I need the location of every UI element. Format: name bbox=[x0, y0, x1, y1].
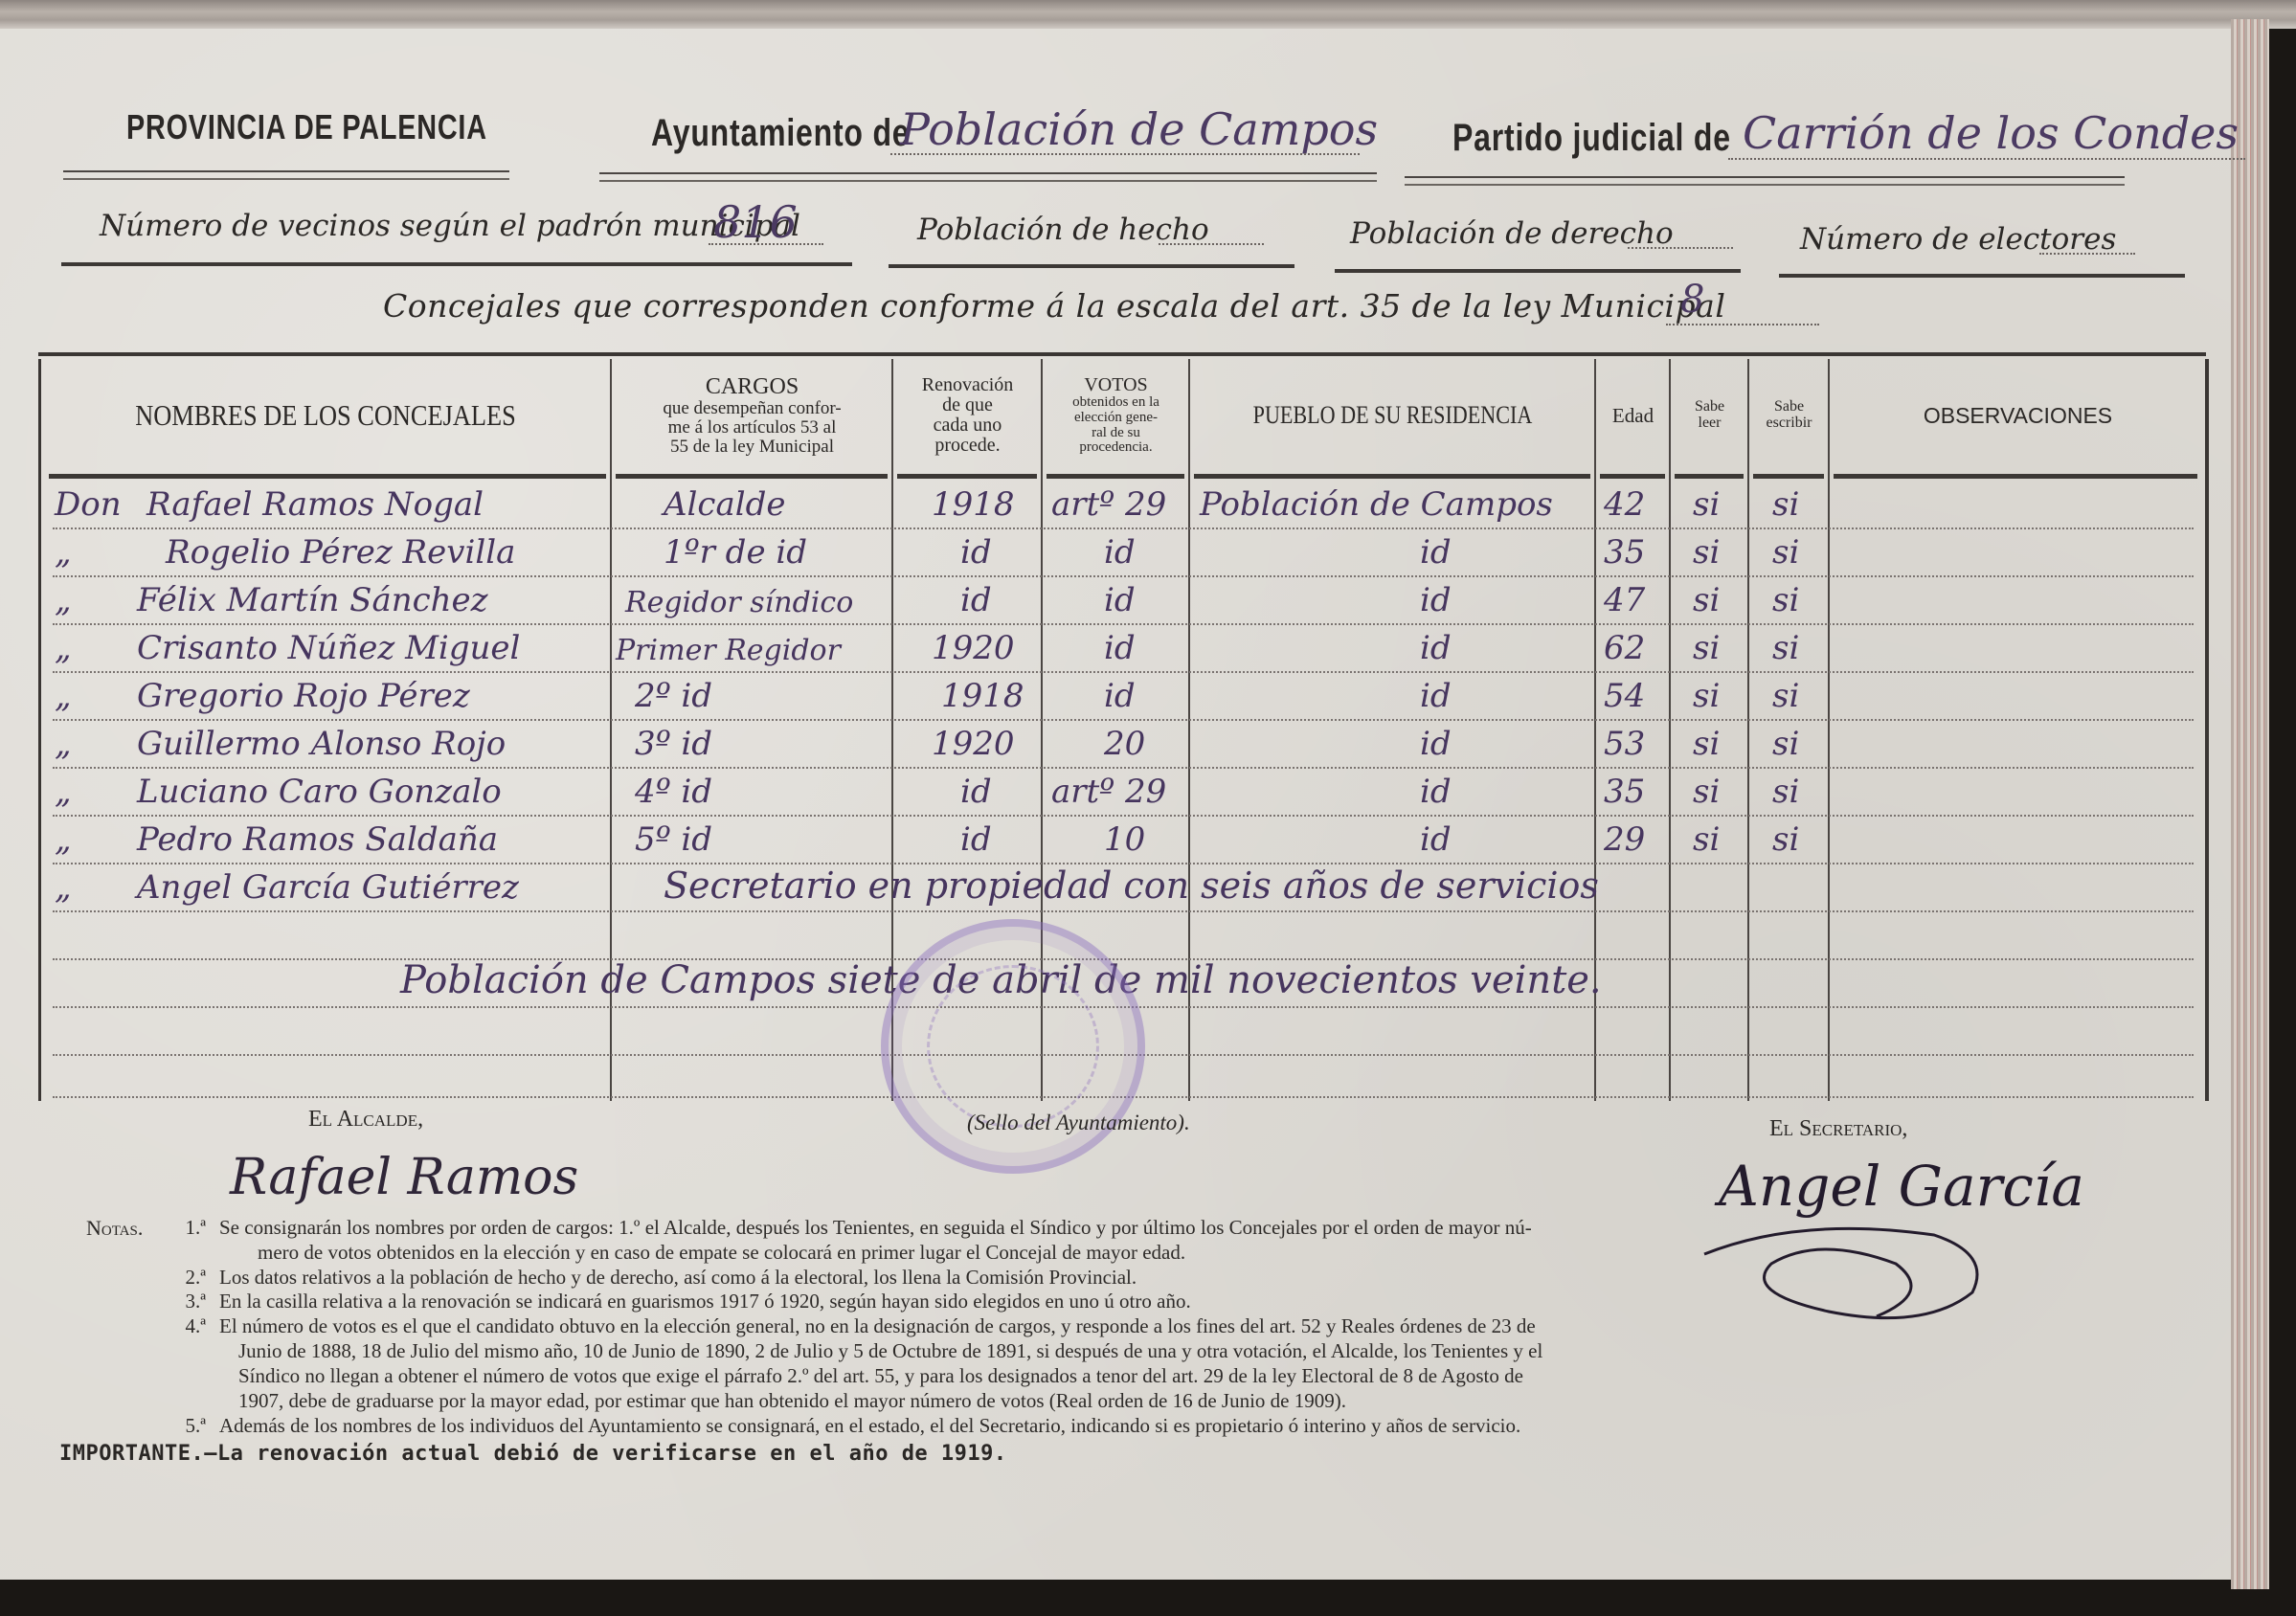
header-sabe-leer: Sabe leer bbox=[1672, 359, 1747, 472]
table-row: „ Rogelio Pérez Revilla 1ºr de id id id … bbox=[41, 529, 2205, 577]
note-item: 1.ªSe consignarán los nombres por orden … bbox=[153, 1216, 1542, 1241]
poblacion-derecho-label: Población de derecho bbox=[1350, 216, 1674, 251]
note-item: 5.ªAdemás de los nombres de los individu… bbox=[153, 1414, 1542, 1439]
councillor-name: Gregorio Rojo Pérez bbox=[137, 677, 470, 715]
partido-label: Partido judicial de bbox=[1452, 117, 1731, 160]
sello-label: (Sello del Ayuntamiento). bbox=[967, 1111, 1190, 1135]
councillor-name: Pedro Ramos Saldaña bbox=[137, 820, 498, 859]
table-row: Don Rafael Ramos Nogal Alcalde 1918 artº… bbox=[41, 482, 2205, 529]
alcalde-signature: Rafael Ramos bbox=[230, 1149, 578, 1206]
councillor-name: Guillermo Alonso Rojo bbox=[137, 725, 506, 763]
header-edad: Edad bbox=[1597, 359, 1669, 472]
table-row-empty bbox=[41, 912, 2205, 960]
table-row: „ Félix Martín Sánchez Regidor síndico i… bbox=[41, 577, 2205, 625]
table-row: „ Luciano Caro Gonzalo 4º id id artº 29 … bbox=[41, 769, 2205, 817]
poblacion-hecho-label: Población de hecho bbox=[917, 213, 1209, 247]
municipal-stamp bbox=[881, 919, 1145, 1174]
councillor-name: Luciano Caro Gonzalo bbox=[137, 773, 502, 811]
notes-label: Notas. bbox=[86, 1216, 143, 1241]
header-rule bbox=[63, 170, 509, 180]
header-cargos: CARGOS que desempeñan confor- me á los a… bbox=[613, 359, 891, 472]
table-row: „ Gregorio Rojo Pérez 2º id 1918 id id 5… bbox=[41, 673, 2205, 721]
councillor-name: Crisanto Núñez Miguel bbox=[137, 629, 520, 667]
councillor-name: Rafael Ramos Nogal bbox=[146, 485, 484, 524]
header-rule bbox=[1405, 176, 2125, 186]
note-item: 4.ªEl número de votos es el que el candi… bbox=[153, 1314, 1542, 1339]
header-rule bbox=[599, 172, 1377, 182]
poblacion-hecho-field[interactable] bbox=[1159, 243, 1264, 245]
poblacion-derecho-field[interactable] bbox=[1628, 247, 1733, 249]
page-stack-edge bbox=[2231, 19, 2269, 1589]
electores-label: Número de electores bbox=[1800, 222, 2116, 257]
province-title: PROVINCIA DE PALENCIA bbox=[126, 107, 487, 147]
header-nombres: NOMBRES DE LOS CONCEJALES bbox=[84, 359, 568, 472]
councillor-name: Rogelio Pérez Revilla bbox=[166, 533, 515, 572]
header-sabe-escribir: Sabe escribir bbox=[1750, 359, 1828, 472]
note-item: 3.ªEn la casilla relativa a la renovació… bbox=[153, 1290, 1542, 1314]
important-notice: IMPORTANTE.—La renovación actual debió d… bbox=[59, 1442, 1007, 1466]
partido-value: Carrión de los Condes bbox=[1743, 107, 2239, 159]
secretary-row: „ Angel García Gutiérrez Secretario en p… bbox=[41, 864, 2205, 912]
ayuntamiento-value: Población de Campos bbox=[900, 103, 1378, 155]
concejales-label: Concejales que corresponden conforme á l… bbox=[383, 287, 1725, 325]
header-pueblo: PUEBLO DE SU RESIDENCIA bbox=[1222, 359, 1564, 472]
table-row: „ Crisanto Núñez Miguel Primer Regidor 1… bbox=[41, 625, 2205, 673]
note-item: 2.ªLos datos relativos a la población de… bbox=[153, 1266, 1542, 1291]
secretario-label: El Secretario, bbox=[1769, 1116, 1907, 1142]
alcalde-label: El Alcalde, bbox=[308, 1107, 423, 1133]
header-votos: VOTOS obtenidos en la elección gene- ral… bbox=[1044, 359, 1188, 472]
document-page: PROVINCIA DE PALENCIA Ayuntamiento de Po… bbox=[0, 0, 2269, 1580]
table-row: „ Pedro Ramos Saldaña 5º id id 10 id 29 … bbox=[41, 817, 2205, 864]
page-edge-top bbox=[0, 0, 2296, 29]
ayuntamiento-label: Ayuntamiento de bbox=[651, 112, 910, 155]
vecinos-label: Número de vecinos según el padrón munici… bbox=[100, 209, 800, 243]
signature-flourish bbox=[1685, 1197, 2011, 1340]
notes-list: 1.ªSe consignarán los nombres por orden … bbox=[153, 1216, 1542, 1438]
secretary-name: Angel García Gutiérrez bbox=[137, 868, 519, 907]
councillor-name: Félix Martín Sánchez bbox=[137, 581, 488, 619]
concejales-value: 8 bbox=[1680, 278, 1704, 322]
table-row: „ Guillermo Alonso Rojo 3º id 1920 20 id… bbox=[41, 721, 2205, 769]
table-top-rule bbox=[38, 352, 2206, 356]
header-observaciones: OBSERVACIONES bbox=[1831, 359, 2205, 472]
secretary-note: Secretario en propiedad con seis años de… bbox=[664, 864, 1599, 907]
electores-field[interactable] bbox=[2039, 253, 2135, 255]
header-renovacion: Renovación de que cada uno procede. bbox=[894, 359, 1041, 472]
vecinos-value: 816 bbox=[713, 196, 798, 248]
